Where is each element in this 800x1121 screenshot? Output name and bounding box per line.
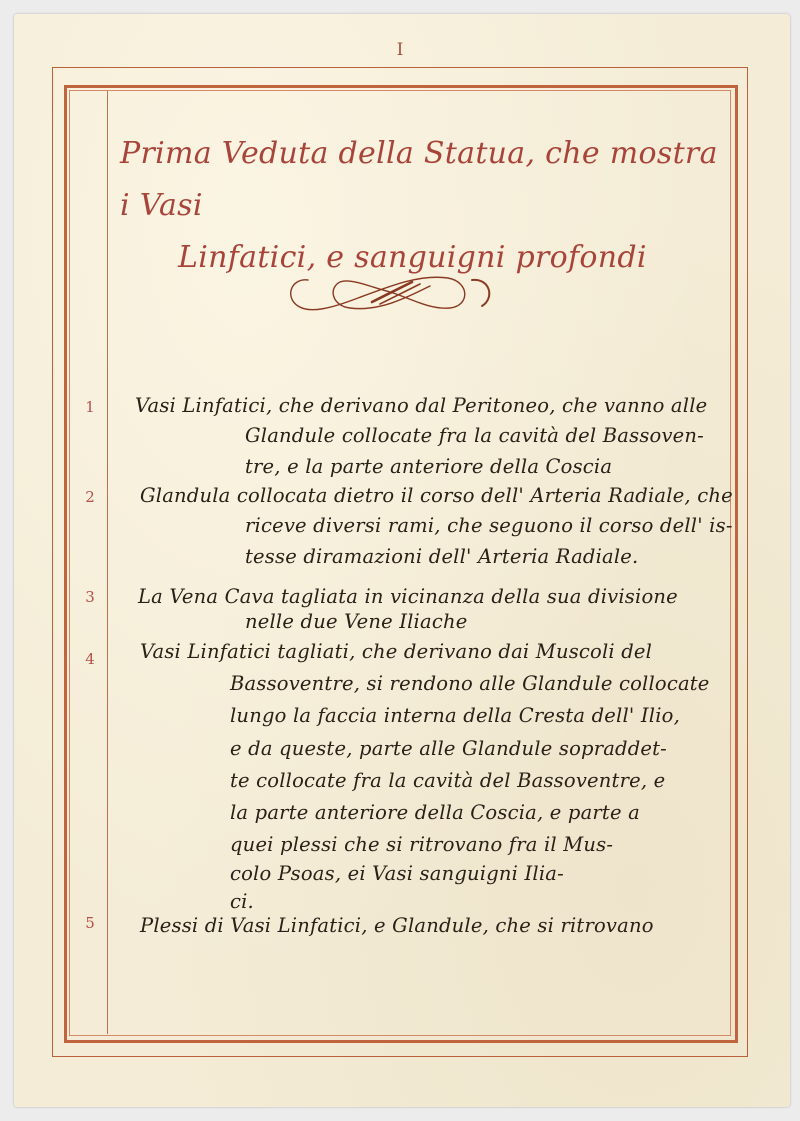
entry-line: Glandule collocate fra la cavità del Bas… — [245, 424, 704, 447]
entry-line: La Vena Cava tagliata in vicinanza della… — [138, 585, 678, 608]
entry-line: Bassoventre, si rendono alle Glandule co… — [230, 672, 710, 695]
entry-number: 2 — [80, 488, 100, 506]
entry-line: tesse diramazioni dell' Arteria Radiale. — [245, 545, 638, 568]
entry-line: la parte anteriore della Coscia, e parte… — [230, 801, 640, 824]
page-title: Prima Veduta della Statua, che mostra i … — [110, 128, 730, 284]
entry-line: ci. — [230, 890, 254, 913]
entry-line: Vasi Linfatici, che derivano dal Periton… — [135, 394, 707, 417]
entry-line: Plessi di Vasi Linfatici, e Glandule, ch… — [140, 914, 654, 937]
entry-line: tre, e la parte anteriore della Coscia — [245, 455, 612, 478]
entry-number: 5 — [80, 914, 100, 932]
entry-line: lungo la faccia interna della Cresta del… — [230, 704, 680, 727]
entry-number: 1 — [80, 398, 100, 416]
entry-line: nelle due Vene Iliache — [245, 610, 467, 633]
page-number: I — [0, 40, 800, 60]
entry-number: 3 — [80, 588, 100, 606]
entry-line: Glandula collocata dietro il corso dell'… — [140, 484, 733, 507]
title-line-1: Prima Veduta della Statua, che mostra i … — [110, 128, 730, 232]
entry-line: Vasi Linfatici tagliati, che derivano da… — [140, 640, 652, 663]
entry-line: riceve diversi rami, che seguono il cors… — [245, 514, 733, 537]
entry-number: 4 — [80, 650, 100, 668]
entry-line: e da queste, parte alle Glandule sopradd… — [230, 737, 667, 760]
entry-line: quei plessi che si ritrovano fra il Mus- — [230, 833, 613, 856]
entry-line: te collocate fra la cavità del Bassovent… — [230, 769, 665, 792]
entry-line: colo Psoas, ei Vasi sanguigni Ilia- — [230, 862, 564, 885]
margin-rule — [107, 91, 108, 1034]
flourish-ornament — [280, 268, 500, 318]
